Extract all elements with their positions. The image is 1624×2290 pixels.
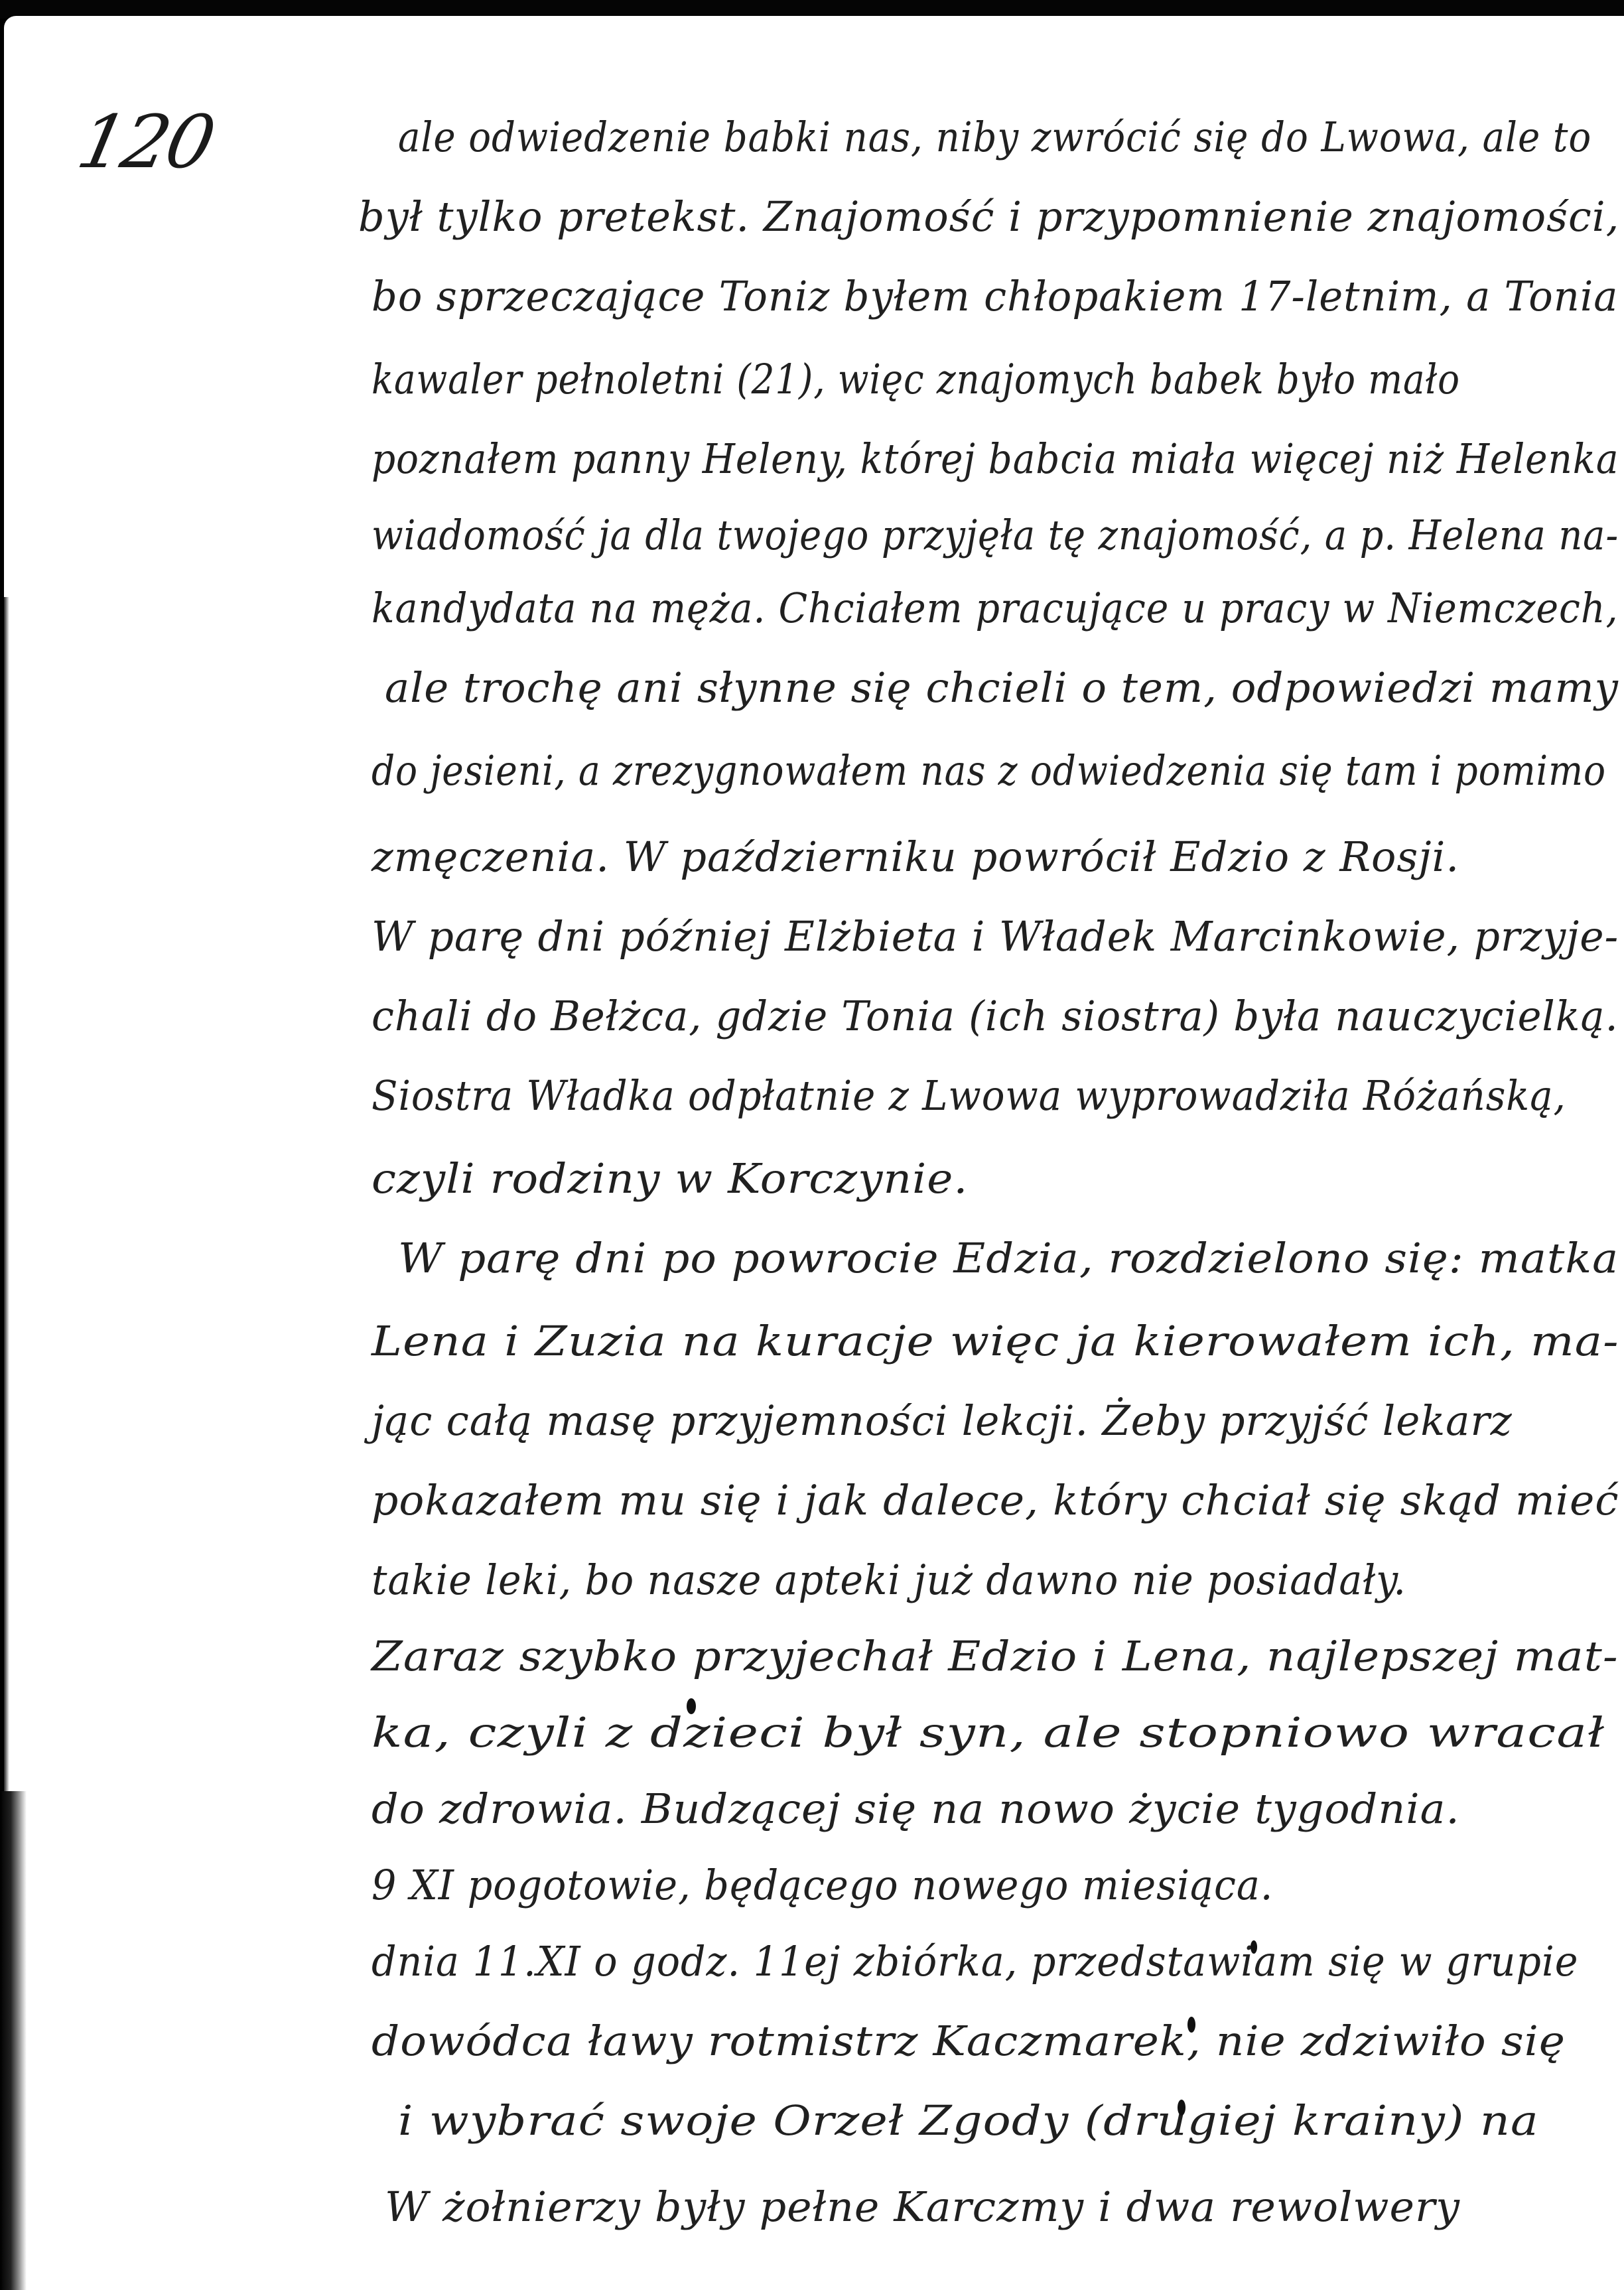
text-line: do jesieni, a zrezygnowałem nas z odwied… [372,746,1606,795]
text-line: bo sprzeczające Toniz byłem chłopakiem 1… [372,272,1618,320]
text-line: do zdrowia. Budzącej się na nowo życie t… [372,1785,1460,1833]
text-line: Lena i Zuzia na kuracje więc ja kierował… [372,1317,1619,1365]
handwritten-text-body: ale odwiedzenie babki nas, niby zwrócić … [0,0,1624,2290]
ink-blot [687,1698,696,1714]
text-line: kandydata na męża. Chciałem pracujące u … [372,584,1618,632]
ink-blot [1178,2100,1185,2116]
ink-blot [1251,1940,1257,1954]
text-line: takie leki, bo nasze apteki już dawno ni… [372,1556,1406,1604]
text-line: Siostra Władka odpłatnie z Lwowa wyprowa… [372,1071,1566,1120]
text-line: i wybrać swoje Orzeł Zgody (drugiej krai… [398,2096,1539,2145]
text-line: W parę dni później Elżbieta i Władek Mar… [372,912,1619,961]
text-line: ale odwiedzenie babki nas, niby zwrócić … [398,113,1591,161]
text-line: poznałem panny Heleny, której babcia mia… [372,435,1619,483]
text-line: W żołnierzy były pełne Karczmy i dwa rew… [385,2183,1460,2231]
ink-blot [1187,2017,1195,2033]
text-line: jąc całą masę przyjemności lekcji. Żeby … [372,1396,1513,1445]
text-line: czyli rodziny w Korczynie. [372,1154,968,1203]
text-line: zmęczenia. W październiku powrócił Edzio… [372,833,1459,881]
text-line: kawaler pełnoletni (21), więc znajomych … [372,355,1460,403]
text-line: ale trochę ani słynne się chcieli o tem,… [385,663,1619,712]
text-line: chali do Bełżca, gdzie Tonia (ich siostr… [372,992,1619,1040]
text-line: wiadomość ja dla twojego przyjęła tę zna… [372,511,1619,559]
text-line: 9 XI pogotowie, będącego nowego miesiąca… [372,1861,1273,1909]
text-line: dowódca ławy rotmistrz Kaczmarek, nie zd… [372,2017,1566,2065]
text-line: ka, czyli z dzieci był syn, ale stopniow… [372,1708,1605,1757]
text-line: był tylko pretekst. Znajomość i przypomn… [358,192,1619,241]
text-line: dnia 11.XI o godz. 11ej zbiórka, przedst… [372,1937,1578,1986]
text-line: pokazałem mu się i jak dalece, który chc… [372,1476,1619,1524]
text-line: W parę dni po powrocie Edzia, rozdzielon… [398,1234,1619,1282]
text-line: Zaraz szybko przyjechał Edzio i Lena, na… [372,1632,1619,1680]
